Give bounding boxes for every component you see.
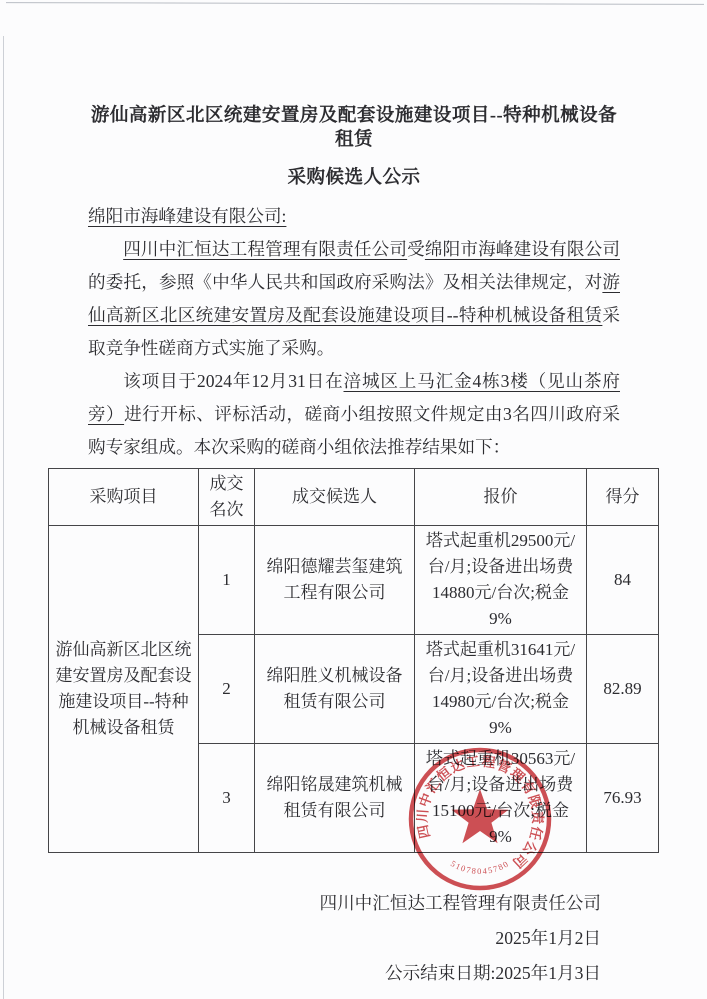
rank-cell: 3: [199, 744, 255, 853]
signature-date: 2025年1月2日: [88, 928, 601, 948]
document-title-line1: 游仙高新区北区统建安置房及配套设施建设项目--特种机械设备租赁: [88, 104, 620, 152]
body-text: 绵阳市海峰建设有限公司: 四川中汇恒达工程管理有限责任公司受绵阳市海峰建设有限公…: [88, 200, 620, 464]
header-rank: 成交名次: [199, 469, 255, 526]
candidates-table: 采购项目 成交名次 成交候选人 报价 得分 游仙高新区北区统建安置房及配套设施建…: [48, 468, 659, 853]
candidate-cell: 绵阳德耀芸玺建筑工程有限公司: [255, 526, 415, 635]
quote-cell: 塔式起重机31641元/台/月;设备进出场费14980元/台次;税金9%: [415, 635, 587, 744]
signature-company: 四川中汇恒达工程管理有限责任公司: [88, 893, 601, 913]
table-row: 游仙高新区北区统建安置房及配套设施建设项目--特种机械设备租赁 1 绵阳德耀芸玺…: [49, 526, 659, 635]
text-segment: 的委托，参照《中华人民共和国政府采购法》及相关法律规定，对: [88, 272, 602, 292]
salutation-company: 绵阳市海峰建设有限公司:: [88, 206, 286, 226]
rank-cell: 1: [199, 526, 255, 635]
signature-block: 四川中汇恒达工程管理有限责任公司 2025年1月2日 公示结束日期:2025年1…: [88, 893, 620, 983]
agent-company-name: 四川中汇恒达工程管理有限责任公司: [123, 239, 407, 259]
rank-cell: 2: [199, 635, 255, 744]
header-candidate: 成交候选人: [255, 469, 415, 526]
candidate-cell: 绵阳胜义机械设备租赁有限公司: [255, 635, 415, 744]
candidate-cell: 绵阳铭晟建筑机械租赁有限公司: [255, 744, 415, 853]
score-cell: 82.89: [587, 635, 659, 744]
quote-cell: 塔式起重机30563元/台/月;设备进出场费15100元/台次;税金9%: [415, 744, 587, 853]
header-procurement-project: 采购项目: [49, 469, 199, 526]
client-company-name: 绵阳市海峰建设有限公司: [425, 239, 620, 259]
project-name-cell: 游仙高新区北区统建安置房及配套设施建设项目--特种机械设备租赁: [49, 526, 199, 853]
score-cell: 76.93: [587, 744, 659, 853]
text-segment: 受: [407, 239, 425, 259]
text-segment: 进行开标、评标活动，磋商小组按照文件规定由3名四川政府采购专家组成。本次采购的磋…: [88, 404, 620, 457]
quote-cell: 塔式起重机29500元/台/月;设备进出场费14880元/台次;税金9%: [415, 526, 587, 635]
text-segment: 该项目于2024年12月31日在: [123, 371, 343, 391]
document-page: 游仙高新区北区统建安置房及配套设施建设项目--特种机械设备租赁 采购候选人公示 …: [0, 0, 707, 999]
table-header-row: 采购项目 成交名次 成交候选人 报价 得分: [49, 469, 659, 526]
document-title-line2: 采购候选人公示: [88, 166, 620, 190]
header-score: 得分: [587, 469, 659, 526]
publicity-end-date: 公示结束日期:2025年1月3日: [88, 963, 601, 983]
salutation: 绵阳市海峰建设有限公司:: [88, 200, 620, 233]
document-body: 游仙高新区北区统建安置房及配套设施建设项目--特种机械设备租赁 采购候选人公示 …: [0, 0, 707, 983]
paragraph-commission: 四川中汇恒达工程管理有限责任公司受绵阳市海峰建设有限公司的委托，参照《中华人民共…: [88, 233, 620, 365]
paragraph-bid-opening: 该项目于2024年12月31日在涪城区上马汇金4栋3楼（见山茶府旁）进行开标、评…: [88, 365, 620, 464]
score-cell: 84: [587, 526, 659, 635]
header-quote: 报价: [415, 469, 587, 526]
